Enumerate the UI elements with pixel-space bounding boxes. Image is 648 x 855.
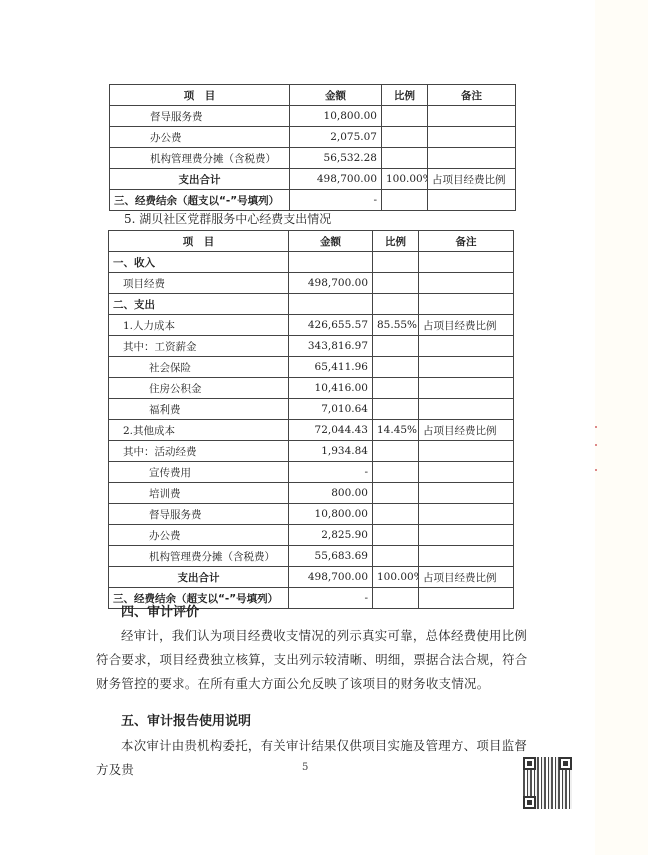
table-row: 其中：工资薪金343,816.97 [109,336,514,357]
expense-table-continued: 项 目金额比例备注督导服务费10,800.00办公费2,075.07机构管理费分… [109,84,516,211]
cell-ratio: 14.45% [373,420,419,441]
cell-item: 督导服务费 [109,504,289,525]
table-row: 机构管理费分摊（含税费）55,683.69 [109,546,514,567]
cell-ratio [373,399,419,420]
cell-item: 二、支出 [109,294,289,315]
cell-ratio [373,462,419,483]
cell-amount [289,252,373,273]
table-row: 三、经费结余（超支以“-”号填列）- [110,190,516,211]
page-number: 5 [302,762,308,773]
cell-note [419,588,514,609]
cell-item: 督导服务费 [110,106,290,127]
cell-ratio [373,336,419,357]
scan-mark [595,444,597,446]
cell-amount: 498,700.00 [289,273,373,294]
cell-amount: 498,700.00 [289,567,373,588]
cell-amount: 10,800.00 [290,106,382,127]
cell-amount: 426,655.57 [289,315,373,336]
table-row: 培训费800.00 [109,483,514,504]
cell-ratio: 85.55% [373,315,419,336]
cell-note [428,190,516,211]
cell-item: 其中：活动经费 [109,441,289,462]
cell-amount: 498,700.00 [290,169,382,190]
column-header: 项 目 [110,85,290,106]
cell-ratio [373,483,419,504]
cell-amount: - [289,588,373,609]
table-row: 机构管理费分摊（含税费）56,532.28 [110,148,516,169]
cell-ratio [382,190,428,211]
cell-note: 占项目经费比例 [428,169,516,190]
cell-item: 办公费 [110,127,290,148]
cell-ratio [382,148,428,169]
cell-note [428,127,516,148]
cell-item: 项目经费 [109,273,289,294]
cell-item: 2.其他成本 [109,420,289,441]
cell-note [428,148,516,169]
section5-heading: 五、审计报告使用说明 [121,710,251,729]
cell-note [419,525,514,546]
cell-amount: 55,683.69 [289,546,373,567]
table-row: 办公费2,075.07 [110,127,516,148]
section4-body: 经审计，我们认为项目经费收支情况的列示真实可靠，总体经费使用比例符合要求，项目经… [96,624,534,696]
table-row: 支出合计498,700.00100.00%占项目经费比例 [109,567,514,588]
cell-ratio: 100.00% [382,169,428,190]
column-header: 项 目 [109,231,289,252]
cell-item: 支出合计 [110,169,290,190]
cell-amount: 72,044.43 [289,420,373,441]
column-header: 金额 [289,231,373,252]
cell-item: 培训费 [109,483,289,504]
cell-note [419,483,514,504]
cell-ratio [373,525,419,546]
cell-note: 占项目经费比例 [419,315,514,336]
cell-note [419,252,514,273]
cell-amount: 10,416.00 [289,378,373,399]
cell-amount: 2,075.07 [290,127,382,148]
hubei-community-expense-table: 项 目金额比例备注一、收入项目经费498,700.00二、支出1.人力成本426… [108,230,514,609]
cell-note [419,336,514,357]
cell-amount: 7,010.64 [289,399,373,420]
table-row: 督导服务费10,800.00 [110,106,516,127]
table-header-row: 项 目金额比例备注 [110,85,516,106]
cell-ratio [373,504,419,525]
cell-item: 一、收入 [109,252,289,273]
cell-note [419,273,514,294]
cell-ratio [373,357,419,378]
cell-amount: 343,816.97 [289,336,373,357]
table-row: 福利费7,010.64 [109,399,514,420]
cell-item: 机构管理费分摊（含税费） [109,546,289,567]
table-row: 1.人力成本426,655.5785.55%占项目经费比例 [109,315,514,336]
cell-note [419,357,514,378]
cell-note [419,546,514,567]
cell-ratio [382,127,428,148]
cell-ratio [373,273,419,294]
table-row: 支出合计498,700.00100.00%占项目经费比例 [110,169,516,190]
cell-item: 其中：工资薪金 [109,336,289,357]
cell-note [419,462,514,483]
table-row: 办公费2,825.90 [109,525,514,546]
table-row: 项目经费498,700.00 [109,273,514,294]
cell-amount: - [289,462,373,483]
table-row: 其中：活动经费1,934.84 [109,441,514,462]
cell-item: 三、经费结余（超支以“-”号填列） [110,190,290,211]
column-header: 比例 [382,85,428,106]
cell-ratio [382,106,428,127]
cell-item: 宣传费用 [109,462,289,483]
cell-ratio [373,294,419,315]
section4-heading: 四、审计评价 [121,601,199,620]
page-edge-tint [595,0,648,855]
cell-amount: 2,825.90 [289,525,373,546]
cell-ratio [373,546,419,567]
cell-item: 机构管理费分摊（含税费） [110,148,290,169]
section5-body: 本次审计由贵机构委托，有关审计结果仅供项目实施及管理方、项目监督方及贵 [96,734,534,782]
cell-note: 占项目经费比例 [419,420,514,441]
cell-amount: 800.00 [289,483,373,504]
cell-item: 福利费 [109,399,289,420]
table-row: 一、收入 [109,252,514,273]
cell-amount: 10,800.00 [289,504,373,525]
scan-mark [595,426,597,428]
table-row: 社会保险65,411.96 [109,357,514,378]
cell-amount: 56,532.28 [290,148,382,169]
cell-note [419,294,514,315]
cell-note [428,106,516,127]
cell-ratio: 100.00% [373,567,419,588]
cell-ratio [373,441,419,462]
cell-ratio [373,252,419,273]
column-header: 备注 [419,231,514,252]
cell-amount: 1,934.84 [289,441,373,462]
table-row: 宣传费用- [109,462,514,483]
cell-ratio [373,378,419,399]
column-header: 金额 [290,85,382,106]
table-row: 住房公积金10,416.00 [109,378,514,399]
column-header: 备注 [428,85,516,106]
cell-note [419,378,514,399]
table-row: 2.其他成本72,044.4314.45%占项目经费比例 [109,420,514,441]
qr-code-icon [523,757,572,809]
column-header: 比例 [373,231,419,252]
cell-item: 办公费 [109,525,289,546]
cell-note: 占项目经费比例 [419,567,514,588]
cell-amount: - [290,190,382,211]
cell-ratio [373,588,419,609]
table-caption: 5. 湖贝社区党群服务中心经费支出情况 [124,210,331,227]
cell-amount: 65,411.96 [289,357,373,378]
scan-mark [595,469,597,471]
table-header-row: 项 目金额比例备注 [109,231,514,252]
cell-item: 社会保险 [109,357,289,378]
cell-item: 支出合计 [109,567,289,588]
table-row: 督导服务费10,800.00 [109,504,514,525]
cell-note [419,504,514,525]
cell-note [419,441,514,462]
cell-item: 住房公积金 [109,378,289,399]
table-row: 二、支出 [109,294,514,315]
cell-amount [289,294,373,315]
cell-item: 1.人力成本 [109,315,289,336]
cell-note [419,399,514,420]
